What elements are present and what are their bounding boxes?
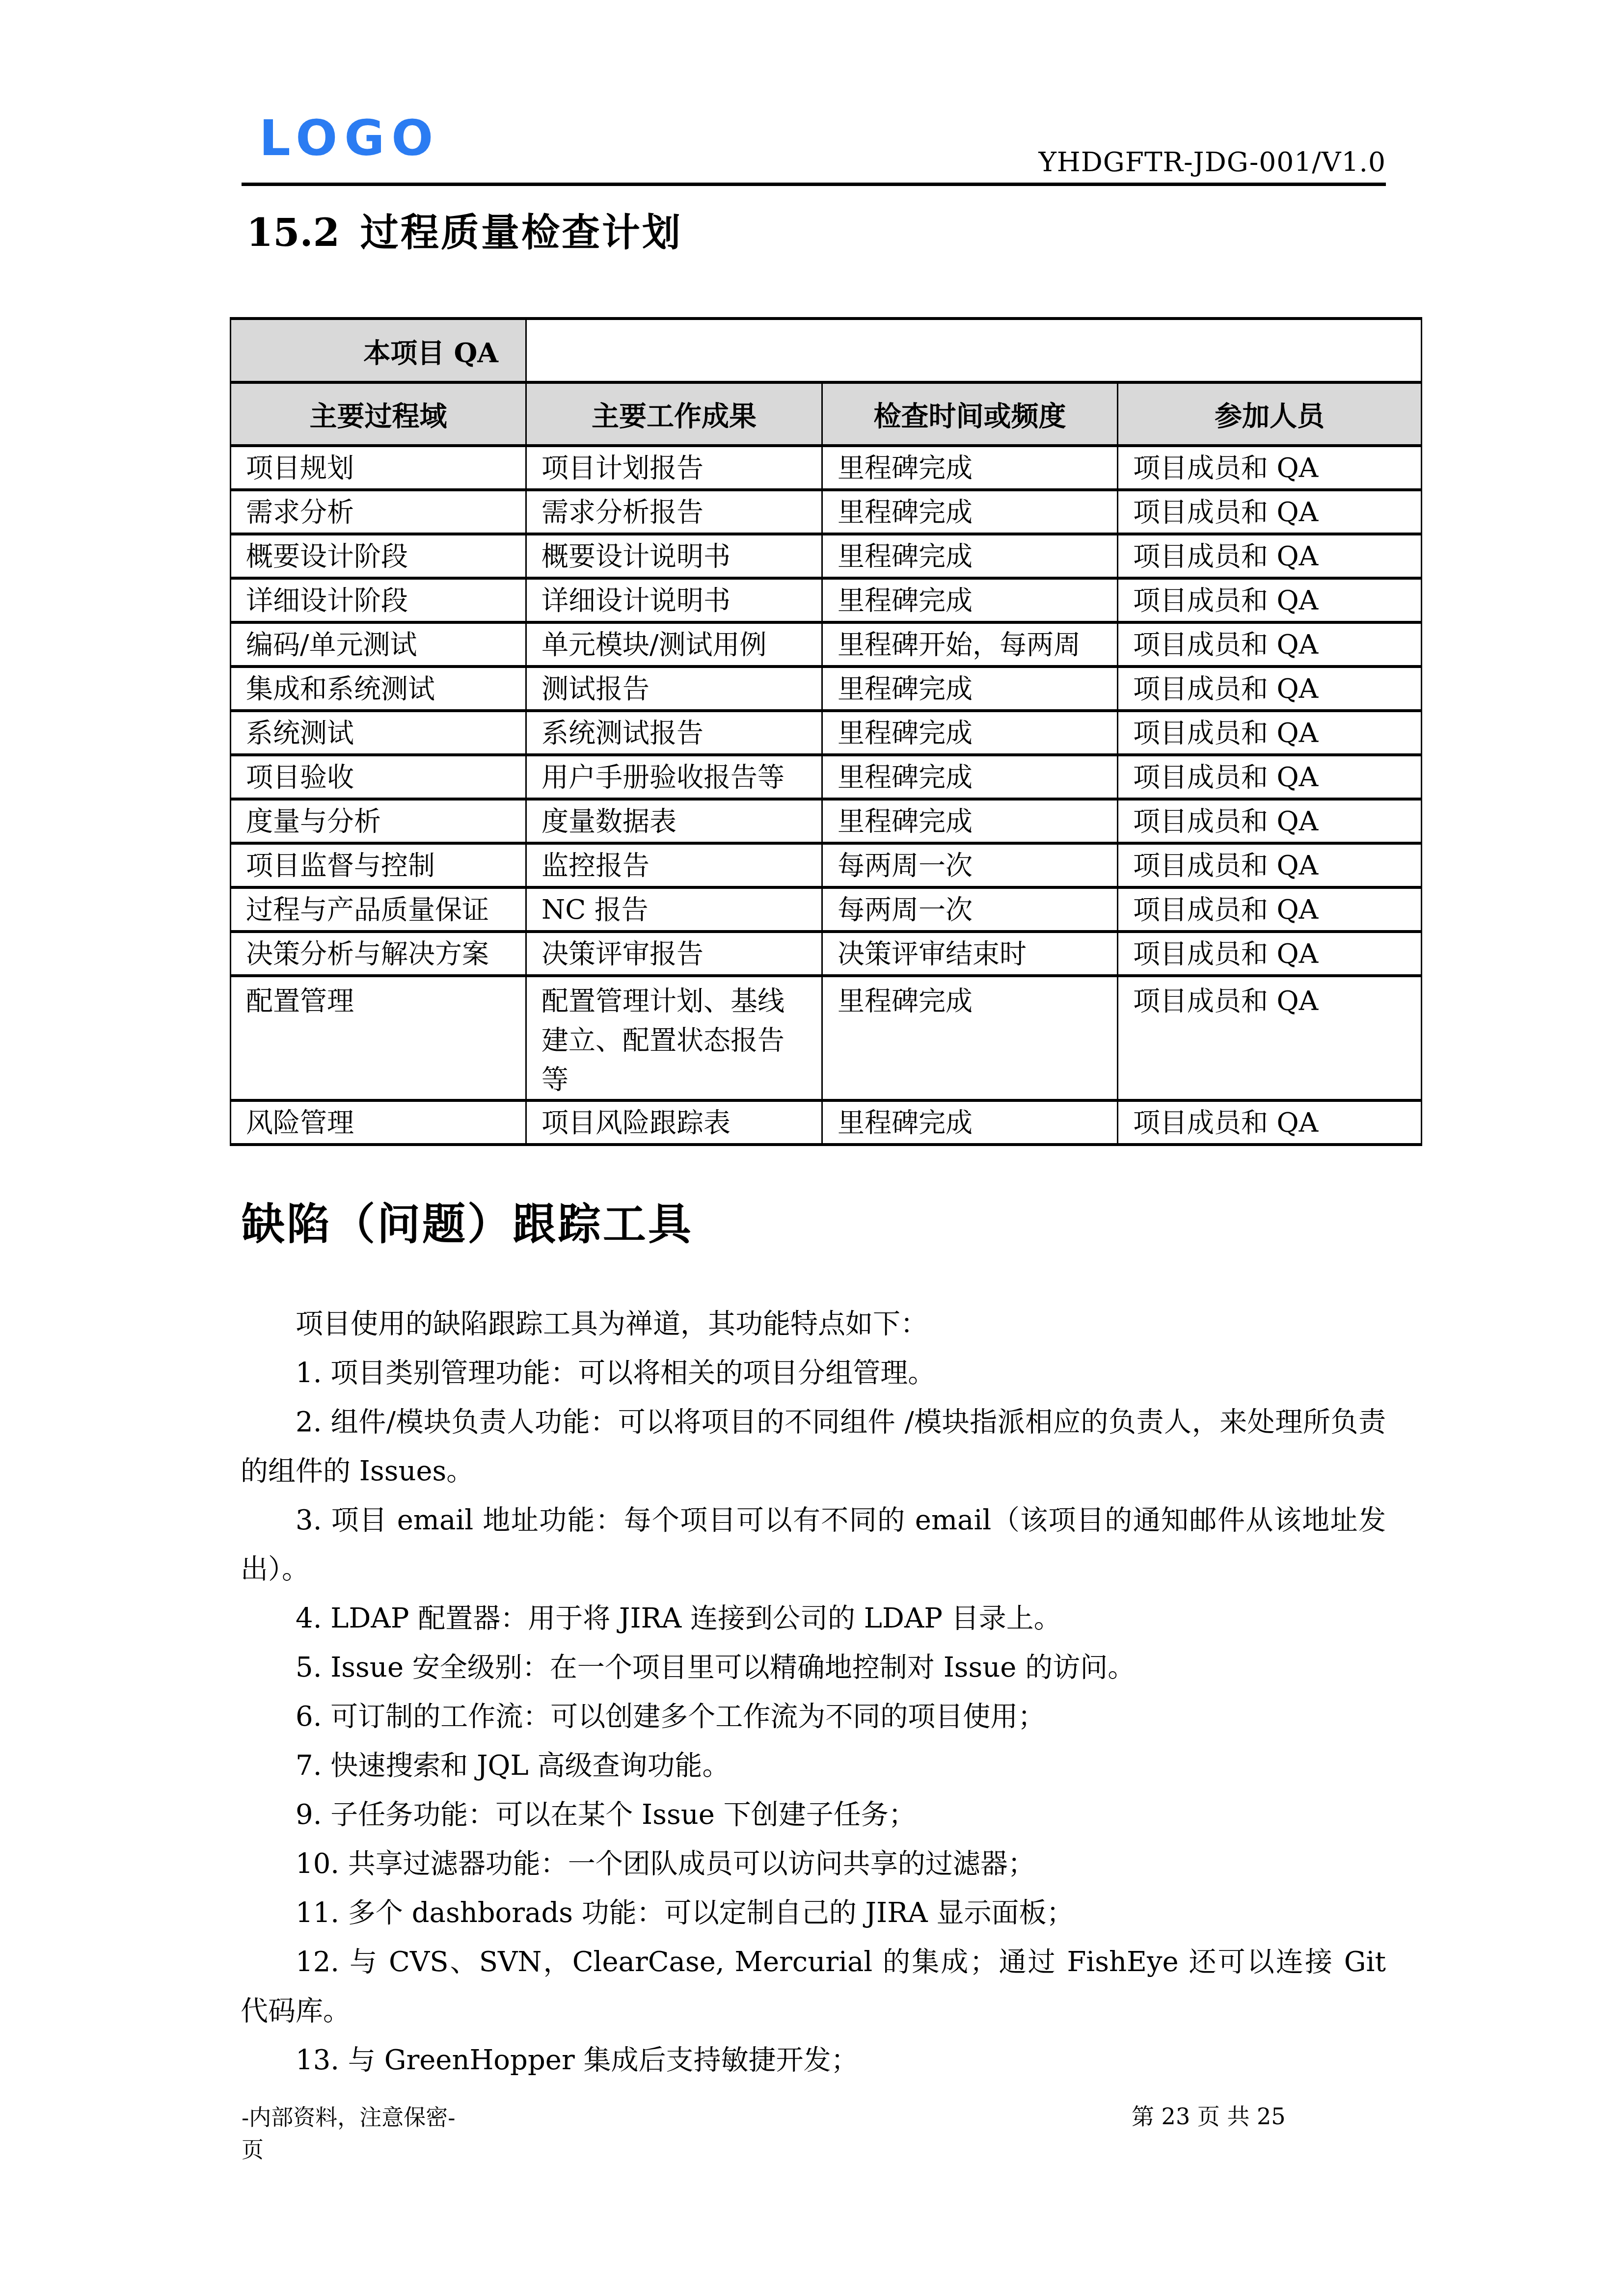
list-item: 2. 组件/模块负责人功能：可以将项目的不同组件 /模块指派相应的负责人，来处理… xyxy=(241,1398,1386,1496)
table-cell: 决策分析与解决方案 xyxy=(231,932,526,976)
table-row: 概要设计阶段 概要设计说明书 里程碑完成 项目成员和 QA xyxy=(231,534,1422,578)
list-item: 12. 与 CVS、SVN，ClearCase, Mercurial 的集成；通… xyxy=(241,1938,1386,2036)
table-caption-row: 本项目 QA xyxy=(231,319,1422,382)
subsection-heading: 缺陷（问题）跟踪工具 xyxy=(242,1200,693,1249)
table-cell: 项目成员和 QA xyxy=(1118,755,1422,799)
table-caption-empty-cell xyxy=(526,319,1422,382)
table-cell: 度量与分析 xyxy=(231,799,526,843)
table-cell: 单元模块/测试用例 xyxy=(526,622,822,667)
table-cell: 里程碑完成 xyxy=(822,534,1118,578)
table-cell: 里程碑完成 xyxy=(822,446,1118,490)
table-cell: 项目成员和 QA xyxy=(1118,534,1422,578)
table-cell: 项目验收 xyxy=(231,755,526,799)
document-code: YHDGFTR-JDG-001/V1.0 xyxy=(1038,147,1386,177)
table-cell: 项目风险跟踪表 xyxy=(526,1100,822,1145)
table-cell: 里程碑完成 xyxy=(822,490,1118,534)
table-cell: 里程碑完成 xyxy=(822,755,1118,799)
table-cell: 每两周一次 xyxy=(822,843,1118,887)
table-header-row: 主要过程域 主要工作成果 检查时间或频度 参加人员 xyxy=(231,382,1422,446)
list-item: 7. 快速搜索和 JQL 高级查询功能。 xyxy=(241,1741,1386,1790)
table-caption-cell: 本项目 QA xyxy=(231,319,526,382)
table-cell: 里程碑完成 xyxy=(822,711,1118,755)
footer-confidential-note: -内部资料，注意保密- 页 xyxy=(242,2102,455,2166)
table-cell: 里程碑开始，每两周 xyxy=(822,622,1118,667)
list-item: 5. Issue 安全级别：在一个项目里可以精确地控制对 Issue 的访问。 xyxy=(241,1643,1386,1692)
section-heading: 15.2过程质量检查计划 xyxy=(246,211,682,255)
column-header-cell: 参加人员 xyxy=(1118,382,1422,446)
table-cell: 项目成员和 QA xyxy=(1118,578,1422,622)
table-cell: 项目成员和 QA xyxy=(1118,843,1422,887)
table-cell: 配置管理计划、基线建立、配置状态报告等 xyxy=(526,976,822,1100)
table-cell: 项目成员和 QA xyxy=(1118,887,1422,932)
table-cell: 项目成员和 QA xyxy=(1118,622,1422,667)
body-text-block: 项目使用的缺陷跟踪工具为禅道，其功能特点如下： 1. 项目类别管理功能：可以将相… xyxy=(241,1300,1386,2085)
column-header-cell: 检查时间或频度 xyxy=(822,382,1118,446)
table-cell: 里程碑完成 xyxy=(822,667,1118,711)
footer-page-number: 第 23 页 共 25 xyxy=(1132,2102,1286,2131)
table-cell: 里程碑完成 xyxy=(822,578,1118,622)
table-row: 度量与分析 度量数据表 里程碑完成 项目成员和 QA xyxy=(231,799,1422,843)
table-cell: 概要设计阶段 xyxy=(231,534,526,578)
table-cell: 系统测试报告 xyxy=(526,711,822,755)
table-row: 项目规划 项目计划报告 里程碑完成 项目成员和 QA xyxy=(231,446,1422,490)
table-cell: 度量数据表 xyxy=(526,799,822,843)
table-row: 编码/单元测试 单元模块/测试用例 里程碑开始，每两周 项目成员和 QA xyxy=(231,622,1422,667)
list-item: 6. 可订制的工作流：可以创建多个工作流为不同的项目使用； xyxy=(241,1692,1386,1741)
table-row: 配置管理 配置管理计划、基线建立、配置状态报告等 里程碑完成 项目成员和 QA xyxy=(231,976,1422,1100)
table-cell: 决策评审报告 xyxy=(526,932,822,976)
table-row: 决策分析与解决方案 决策评审报告 决策评审结束时 项目成员和 QA xyxy=(231,932,1422,976)
table-cell: 每两周一次 xyxy=(822,887,1118,932)
table-cell: 过程与产品质量保证 xyxy=(231,887,526,932)
table-cell: 详细设计说明书 xyxy=(526,578,822,622)
table-row: 详细设计阶段 详细设计说明书 里程碑完成 项目成员和 QA xyxy=(231,578,1422,622)
column-header-cell: 主要工作成果 xyxy=(526,382,822,446)
footer-confidential-line2: 页 xyxy=(242,2134,455,2166)
table-cell: 编码/单元测试 xyxy=(231,622,526,667)
list-item: 11. 多个 dashborads 功能：可以定制自己的 JIRA 显示面板； xyxy=(241,1889,1386,1938)
list-item: 3. 项目 email 地址功能：每个项目可以有不同的 email（该项目的通知… xyxy=(241,1496,1386,1594)
table-cell: 配置管理 xyxy=(231,976,526,1100)
table-cell: 系统测试 xyxy=(231,711,526,755)
table-cell: 项目成员和 QA xyxy=(1118,446,1422,490)
table-cell: 概要设计说明书 xyxy=(526,534,822,578)
table-row: 过程与产品质量保证 NC 报告 每两周一次 项目成员和 QA xyxy=(231,887,1422,932)
table-cell: 测试报告 xyxy=(526,667,822,711)
table-cell: 集成和系统测试 xyxy=(231,667,526,711)
table-row: 系统测试 系统测试报告 里程碑完成 项目成员和 QA xyxy=(231,711,1422,755)
company-logo: LOGO xyxy=(259,114,440,163)
table-row: 集成和系统测试 测试报告 里程碑完成 项目成员和 QA xyxy=(231,667,1422,711)
table-cell: 项目成员和 QA xyxy=(1118,667,1422,711)
table-cell: NC 报告 xyxy=(526,887,822,932)
list-item: 10. 共享过滤器功能：一个团队成员可以访问共享的过滤器； xyxy=(241,1840,1386,1889)
document-page: LOGO YHDGFTR-JDG-001/V1.0 15.2过程质量检查计划 本… xyxy=(0,0,1624,2296)
table-cell: 用户手册验收报告等 xyxy=(526,755,822,799)
table-cell: 详细设计阶段 xyxy=(231,578,526,622)
qa-plan-table: 本项目 QA 主要过程域 主要工作成果 检查时间或频度 参加人员 项目规划 项目… xyxy=(230,317,1422,1146)
table-cell: 项目成员和 QA xyxy=(1118,490,1422,534)
table-cell: 项目成员和 QA xyxy=(1118,711,1422,755)
column-header-cell: 主要过程域 xyxy=(231,382,526,446)
table-cell: 项目成员和 QA xyxy=(1118,1100,1422,1145)
section-number: 15.2 xyxy=(246,211,340,255)
table-cell: 需求分析报告 xyxy=(526,490,822,534)
list-item: 9. 子任务功能：可以在某个 Issue 下创建子任务； xyxy=(241,1790,1386,1840)
list-item: 1. 项目类别管理功能：可以将相关的项目分组管理。 xyxy=(241,1349,1386,1398)
header-rule xyxy=(242,183,1386,186)
table-cell: 里程碑完成 xyxy=(822,976,1118,1100)
table-cell: 项目成员和 QA xyxy=(1118,932,1422,976)
table-row: 项目监督与控制 监控报告 每两周一次 项目成员和 QA xyxy=(231,843,1422,887)
table-cell: 项目成员和 QA xyxy=(1118,976,1422,1100)
list-item: 4. LDAP 配置器：用于将 JIRA 连接到公司的 LDAP 目录上。 xyxy=(241,1594,1386,1643)
table-cell: 需求分析 xyxy=(231,490,526,534)
table-cell: 风险管理 xyxy=(231,1100,526,1145)
table-cell: 项目规划 xyxy=(231,446,526,490)
list-item: 13. 与 GreenHopper 集成后支持敏捷开发； xyxy=(241,2036,1386,2085)
intro-paragraph: 项目使用的缺陷跟踪工具为禅道，其功能特点如下： xyxy=(241,1300,1386,1349)
table-row: 项目验收 用户手册验收报告等 里程碑完成 项目成员和 QA xyxy=(231,755,1422,799)
table-cell: 监控报告 xyxy=(526,843,822,887)
table-cell: 项目计划报告 xyxy=(526,446,822,490)
table-row: 需求分析 需求分析报告 里程碑完成 项目成员和 QA xyxy=(231,490,1422,534)
footer-confidential-line1: -内部资料，注意保密- xyxy=(242,2102,455,2134)
table-row: 风险管理 项目风险跟踪表 里程碑完成 项目成员和 QA xyxy=(231,1100,1422,1145)
section-title-text: 过程质量检查计划 xyxy=(360,211,682,255)
table-cell: 里程碑完成 xyxy=(822,1100,1118,1145)
table-cell: 项目成员和 QA xyxy=(1118,799,1422,843)
table-cell: 决策评审结束时 xyxy=(822,932,1118,976)
table-cell: 里程碑完成 xyxy=(822,799,1118,843)
table-cell: 项目监督与控制 xyxy=(231,843,526,887)
